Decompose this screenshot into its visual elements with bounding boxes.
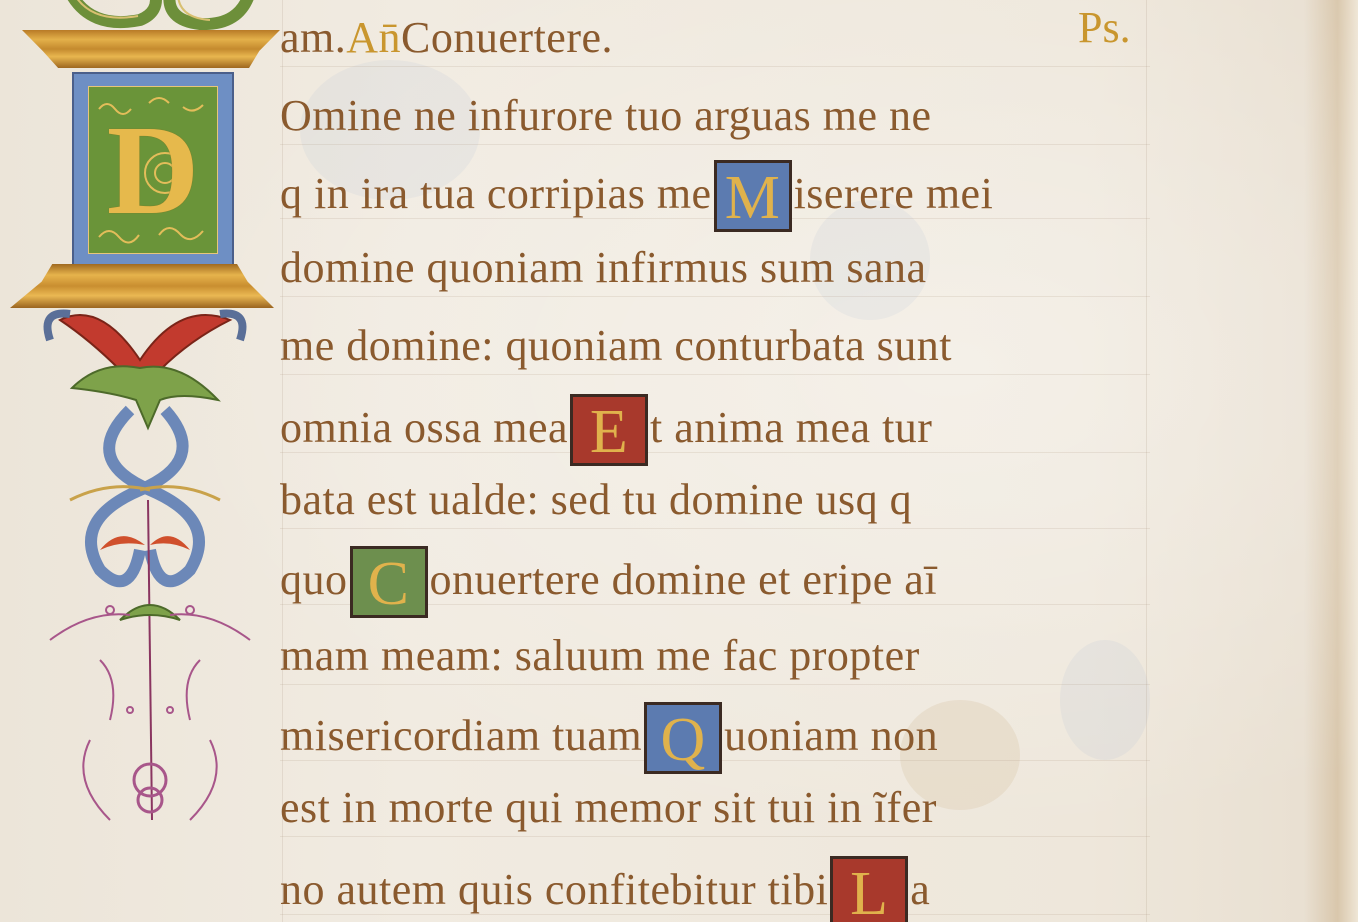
decorated-initial: L <box>830 856 908 922</box>
text-segment: me domine: quoniam conturbata sunt <box>280 316 952 376</box>
text-line: domine quoniam infirmus sum sana <box>280 238 927 298</box>
text-line: est in morte qui memor sit tui in ĩfer <box>280 778 937 838</box>
text-line: mam meam: saluum me fac propter <box>280 626 920 686</box>
text-line: am. An̄ Conuertere. <box>280 8 613 68</box>
text-segment: a <box>910 860 930 920</box>
decorated-initial: M <box>714 160 792 232</box>
text-segment: am. <box>280 8 346 68</box>
margin-rule <box>1146 0 1147 922</box>
text-segment: bata est ualde: sed tu domine usq q <box>280 470 912 530</box>
text-segment: Omine ne infurore tuo arguas me ne <box>280 86 932 146</box>
text-line: q in ira tua corripias meMiserere mei <box>280 160 993 220</box>
text-line: bata est ualde: sed tu domine usq q <box>280 470 912 530</box>
decorated-initial: Q <box>644 702 722 774</box>
text-segment: no autem quis confitebitur tibi <box>280 860 828 920</box>
text-line: me domine: quoniam conturbata sunt <box>280 316 952 376</box>
text-segment: Conuertere. <box>401 8 613 68</box>
text-line: no autem quis confitebitur tibiLa <box>280 856 930 916</box>
text-line: misericordiam tuamQuoniam non <box>280 702 938 762</box>
text-segment: omnia ossa mea <box>280 398 568 458</box>
text-segment: quo <box>280 550 348 610</box>
large-initial-frame: D <box>72 72 234 268</box>
decorated-initial: E <box>570 394 648 466</box>
psalm-rubric: Ps. <box>1078 2 1131 53</box>
parchment-stain <box>1060 640 1150 760</box>
text-segment: misericordiam tuam <box>280 706 642 766</box>
text-line: Omine ne infurore tuo arguas me ne <box>280 86 932 146</box>
text-segment: domine quoniam infirmus sum sana <box>280 238 927 298</box>
text-segment: mam meam: saluum me fac propter <box>280 626 920 686</box>
large-initial-ground: D <box>88 86 218 254</box>
text-segment: q in ira tua corripias me <box>280 164 712 224</box>
antiphon-rubric: An̄ <box>346 8 401 68</box>
text-segment: uoniam non <box>724 706 938 766</box>
text-line: quoConuertere domine et eripe aī <box>280 546 937 606</box>
vine-arcs-icon <box>60 0 260 32</box>
text-segment: iserere mei <box>794 164 994 224</box>
large-initial-letter: D <box>89 105 217 235</box>
text-line: omnia ossa meaEt anima mea tur <box>280 394 932 454</box>
floral-rinceau-icon <box>0 300 280 920</box>
manuscript-page: D Ps. am. An̄ Conuertere.Omine ne infuro… <box>0 0 1358 922</box>
text-segment: onuertere domine et eripe aī <box>430 550 938 610</box>
gilt-cornice-top <box>22 30 280 68</box>
decorated-initial: C <box>350 546 428 618</box>
text-segment: t anima mea tur <box>650 398 932 458</box>
text-segment: est in morte qui memor sit tui in ĩfer <box>280 778 937 838</box>
